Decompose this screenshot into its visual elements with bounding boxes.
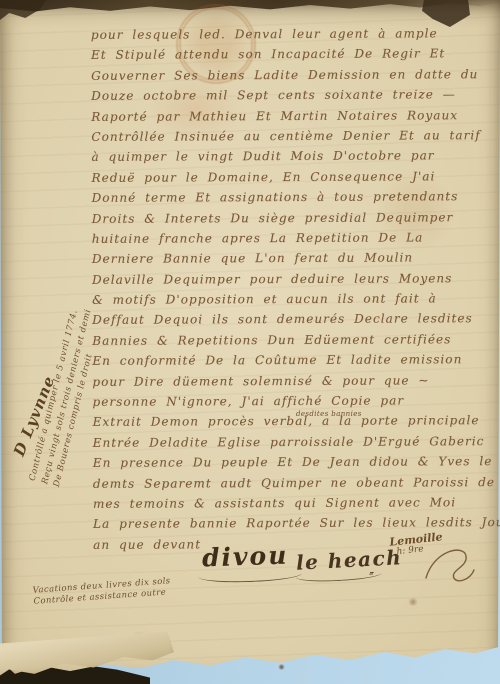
- manuscript-line: mes temoins & assistants qui Signent ave…: [93, 492, 483, 514]
- manuscript-line: Donné terme Et assignations à tous prete…: [92, 186, 482, 208]
- manuscript-line: En conformité De la Coûtume Et ladite em…: [92, 349, 482, 371]
- manuscript-line: Bannies & Repetitions Dun Edüement certi…: [92, 329, 482, 351]
- manuscript-line: Raporté par Mathieu Et Martin Notaires R…: [91, 105, 481, 127]
- manuscript-line: pour Dire düement solemnisé & pour que ~: [92, 370, 482, 392]
- manuscript-line: Delaville Dequimper pour deduire leurs M…: [92, 268, 482, 290]
- manuscript-line: à quimper le vingt Dudit Mois D'octobre …: [91, 145, 481, 167]
- manuscript-line: Extrait Demon procès verbal, a la porte …: [93, 411, 483, 433]
- manuscript-line: Gouverner Ses biens Ladite Demission en …: [91, 64, 481, 86]
- stain-spot: [408, 598, 418, 606]
- scanned-manuscript-page: pour lesquels led. Denval leur agent à a…: [0, 0, 500, 684]
- interline-note: desdites bannies: [296, 410, 362, 418]
- manuscript-line: Droits & Interets Du siège presidial Deq…: [92, 207, 482, 229]
- manuscript-line: Derniere Bannie que L'on ferat du Moulin: [92, 247, 482, 269]
- stain-spot: [278, 664, 285, 670]
- manuscript-line: Reduë pour le Domaine, En Consequence J'…: [91, 166, 481, 188]
- manuscript-line: personne N'ignore, J'ai affiché Copie pa…: [92, 390, 482, 412]
- manuscript-line: Et Stipulé attendu son Incapacité De Reg…: [91, 44, 481, 66]
- manuscript-line: Douze octobre mil Sept cents soixante tr…: [91, 84, 481, 106]
- manuscript-line: demts Separemt audt Quimper ne obeant Pa…: [93, 472, 483, 494]
- manuscript-line: & motifs D'opposition et aucun ils ont f…: [92, 288, 482, 310]
- manuscript-line: Contrôllée Insinuée au centième Denier E…: [91, 125, 481, 147]
- manuscript-line: En presence Du peuple Et De Jean didou &…: [93, 451, 483, 473]
- manuscript-line: pour lesquels led. Denval leur agent à a…: [91, 23, 481, 45]
- manuscript-line: Deffaut Dequoi ils sont demeurés Declare…: [92, 309, 482, 331]
- manuscript-line: huitaine franche apres La Repetition De …: [92, 227, 482, 249]
- signature-didou: divou: [202, 541, 289, 573]
- paraph-flourish-icon: [420, 540, 478, 590]
- manuscript-line: Entrée Deladite Eglise parroissiale D'Er…: [93, 431, 483, 453]
- manuscript-body: pour lesquels led. Denval leur agent à a…: [91, 23, 483, 555]
